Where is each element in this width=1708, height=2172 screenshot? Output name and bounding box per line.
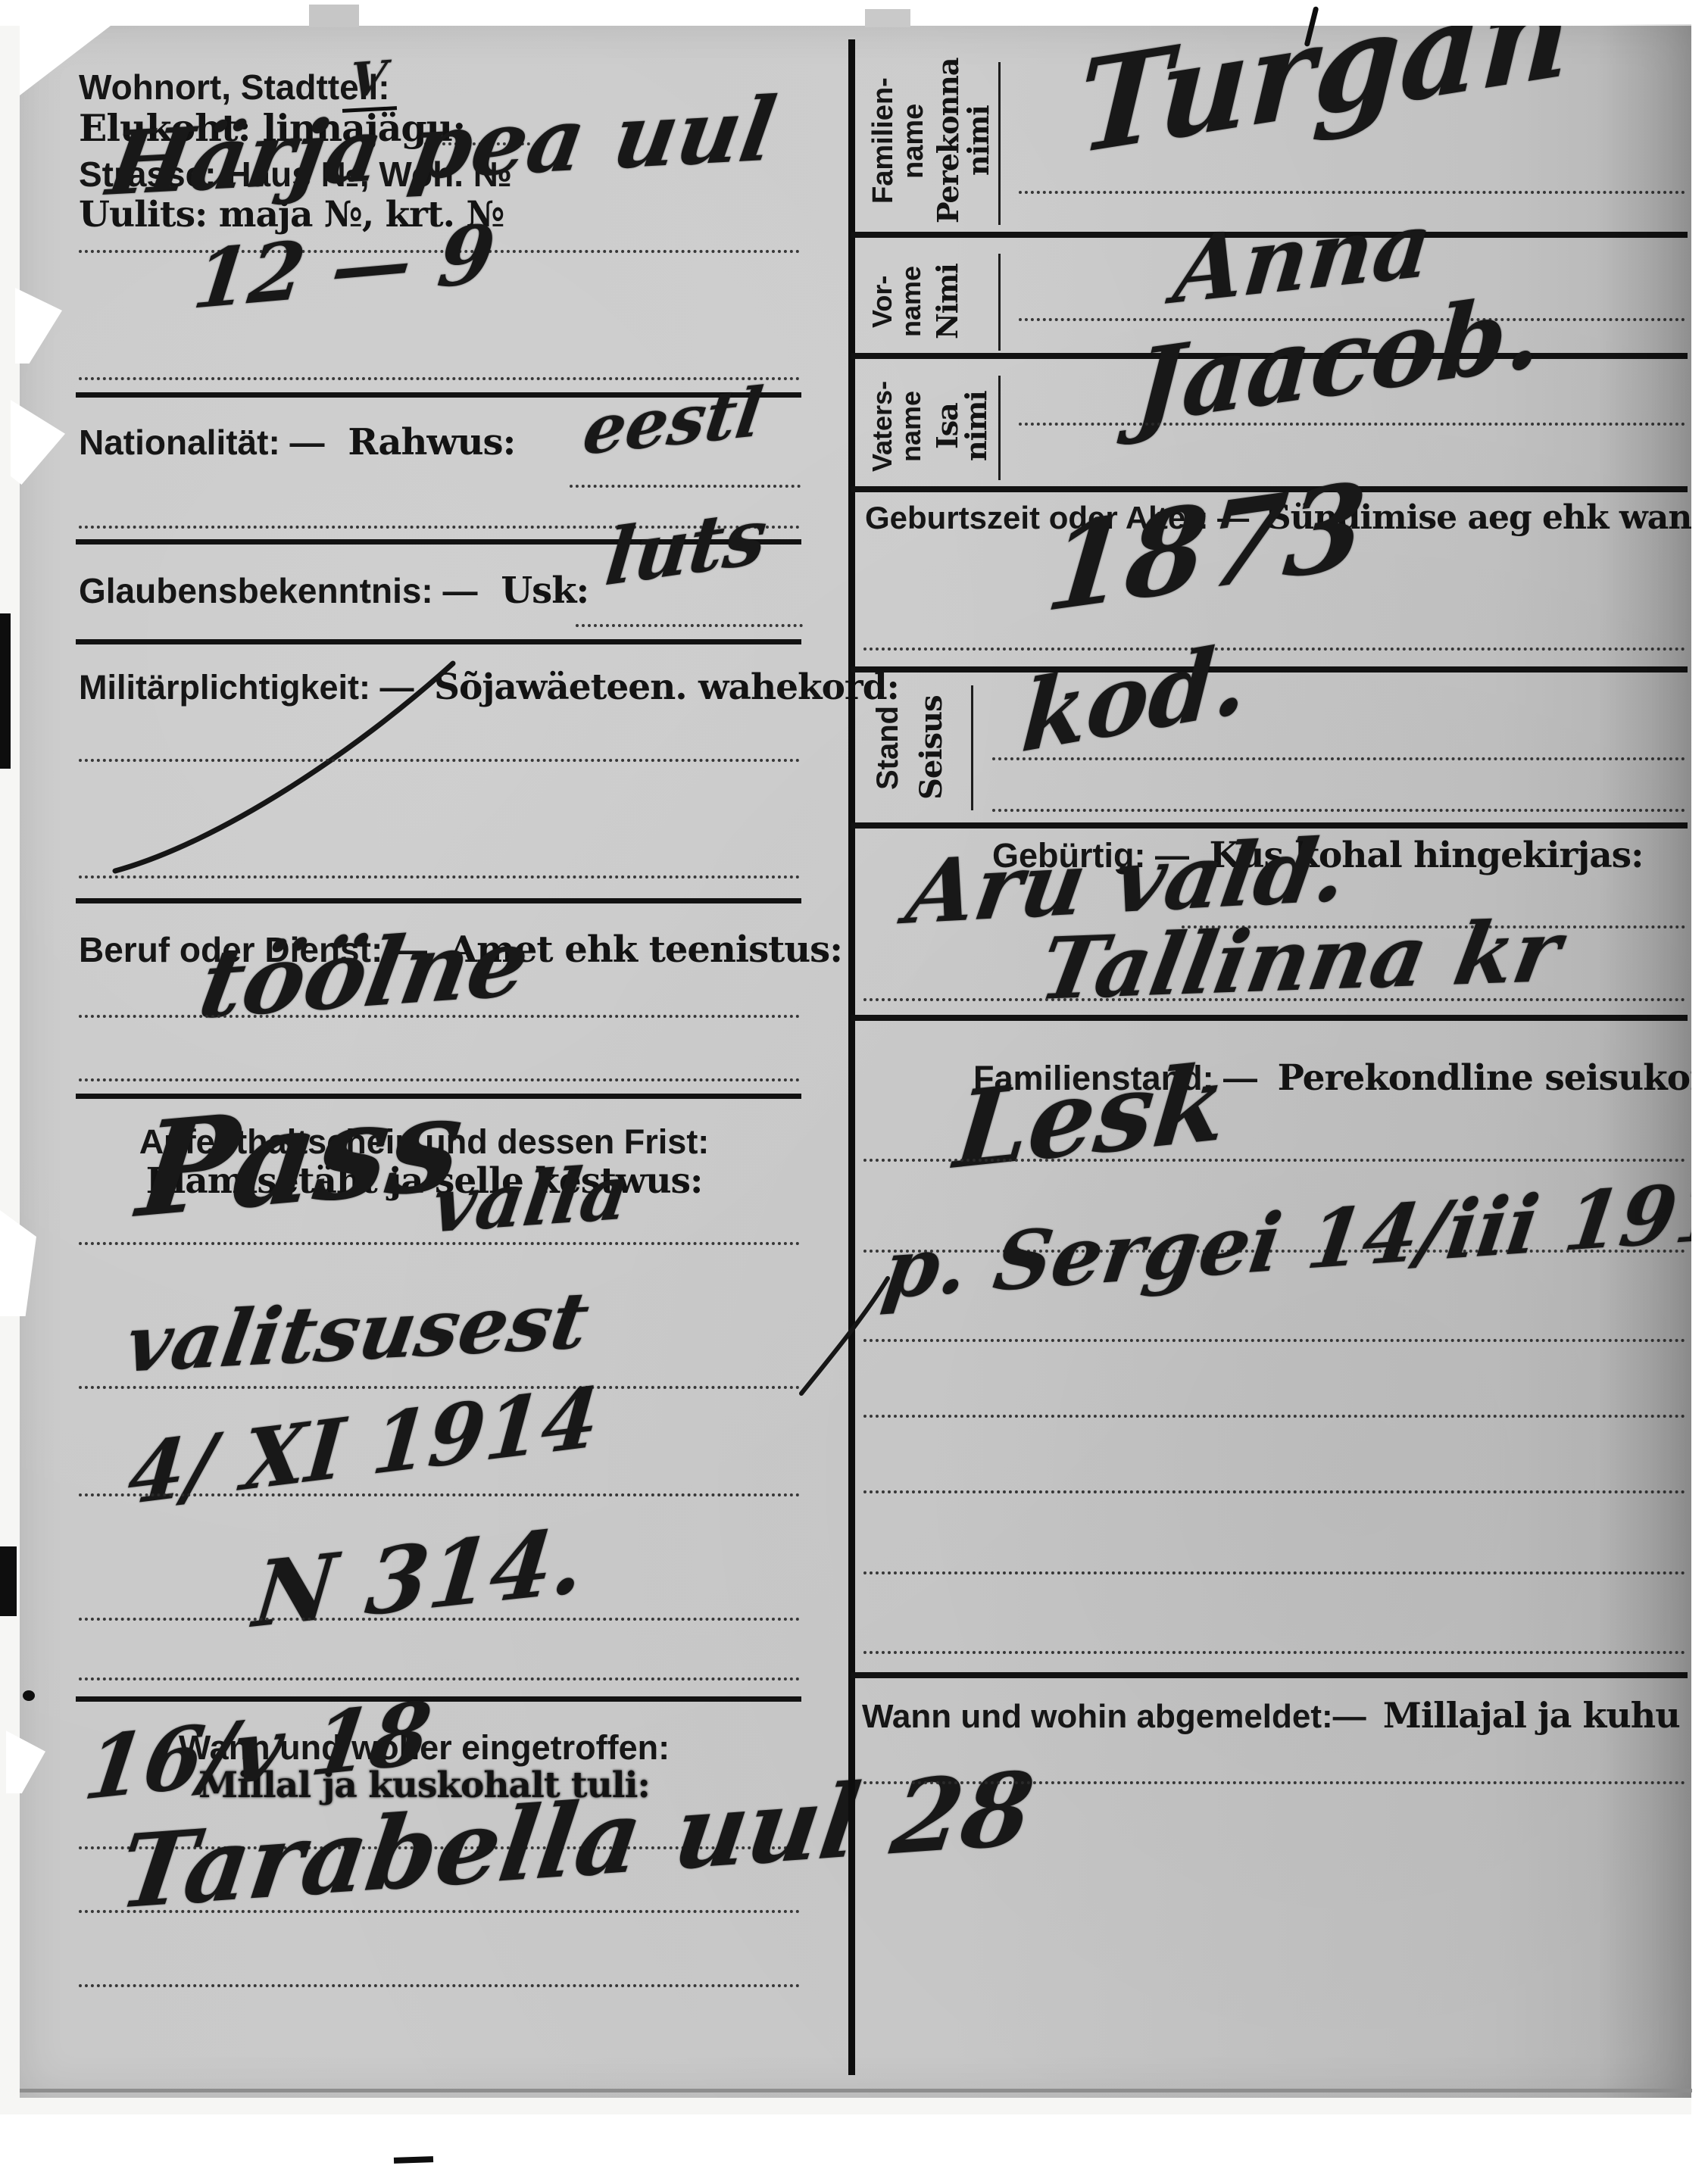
- label-rahwus-et: Rahwus:: [348, 421, 515, 463]
- scan-artifact-bar: [0, 613, 11, 769]
- registration-card-scan: Wohnort, Stadtteil: Elukoht: linnajägu: …: [0, 0, 1708, 2172]
- dotted-line: [992, 809, 1685, 812]
- label-glauben-de: Glaubensbekenntnis: —: [79, 571, 478, 610]
- dotted-line: [79, 759, 800, 762]
- dotted-line: [79, 1493, 800, 1496]
- hw-marital-status: Lesk: [951, 1049, 1232, 1184]
- dotted-line: [570, 485, 801, 488]
- hw-origin-county: Tallinna kr: [1034, 909, 1566, 1013]
- label-usk-et: Usk:: [501, 570, 589, 612]
- label-nationalitaet-de: Nationalität: —: [79, 423, 325, 462]
- vlabel-familienname-de: Familien-name: [868, 50, 929, 232]
- dotted-line: [863, 1781, 1685, 1784]
- section-rule: [76, 898, 801, 903]
- hw-district-number: V: [348, 55, 388, 105]
- label-religion: Glaubensbekenntnis: — Usk:: [79, 570, 589, 612]
- label-abgemeldet-de: Wann und wohin abgemeldet:—: [862, 1698, 1366, 1735]
- hw-valla: valla: [428, 1156, 634, 1244]
- hw-nationality: eestl: [579, 378, 767, 464]
- section-rule: [76, 1696, 801, 1702]
- paper-edge-shadow: [1598, 24, 1691, 2098]
- dotted-line: [79, 1015, 800, 1018]
- dotted-line: [863, 1415, 1685, 1418]
- dotted-line: [576, 624, 803, 627]
- paper-bottom-edge: [20, 2089, 1692, 2092]
- dotted-line: [79, 1984, 800, 1987]
- label-sojawaeteen-et: Sõjawäeteen. wahekord:: [434, 666, 899, 708]
- dotted-line: [1019, 191, 1685, 194]
- section-rule: [76, 639, 801, 644]
- dotted-line: [863, 1571, 1685, 1574]
- vlabel-vorname-de: Vor-name: [868, 248, 926, 354]
- dotted-line: [79, 1242, 800, 1245]
- dotted-line: [863, 998, 1685, 1001]
- ink-slash-mark: [106, 653, 462, 880]
- vlabel-isa-nimi-et: Isa nimi: [933, 370, 991, 483]
- dotted-line: [863, 1339, 1685, 1342]
- dotted-line: [1019, 423, 1685, 426]
- label-separator-rule: [998, 376, 1001, 480]
- dotted-line: [992, 757, 1685, 760]
- vlabel-vatersname-de: Vaters-name: [868, 370, 926, 483]
- dotted-line: [863, 1159, 1685, 1162]
- dotted-line: [79, 1618, 800, 1621]
- label-separator-rule: [971, 685, 973, 810]
- dotted-line: [79, 1677, 800, 1680]
- dotted-line: [79, 1910, 800, 1913]
- label-separator-rule: [998, 254, 1001, 351]
- section-rule: [851, 1015, 1688, 1021]
- label-separator-rule: [998, 62, 1001, 225]
- vlabel-seisus-et: Seisus: [916, 682, 947, 814]
- ink-flourish: [795, 1272, 894, 1401]
- dotted-line: [79, 875, 800, 878]
- hw-pass: Pass: [133, 1077, 469, 1236]
- hw-valitsusest: valitsusest: [121, 1281, 594, 1384]
- label-departure: Wann und wohin abgemeldet:— Millajal ja …: [862, 1695, 1708, 1736]
- section-rule: [851, 1672, 1688, 1678]
- hw-occupation: töölne: [193, 915, 536, 1031]
- scan-edge-right: [1691, 0, 1708, 2172]
- label-nationality: Nationalität: — Rahwus:: [79, 421, 515, 463]
- column-divider-rule: [848, 39, 855, 2075]
- section-rule: [851, 666, 1688, 673]
- vlabel-perekonna-nimi-et: Perekonna nimi: [933, 50, 994, 232]
- paper-torn-bump: [309, 5, 359, 27]
- paper-torn-bump: [865, 9, 910, 27]
- scan-artifact-dot: [23, 1690, 35, 1701]
- vlabel-stand-de: Stand: [873, 682, 903, 814]
- dotted-line: [863, 648, 1685, 651]
- scan-edge-bottom: [0, 2114, 1708, 2172]
- vlabel-nimi-et: Nimi: [933, 248, 962, 354]
- dotted-line: [863, 1490, 1685, 1493]
- scan-artifact-bar: [0, 1546, 17, 1616]
- dotted-line: [863, 1651, 1685, 1654]
- scan-edge-top: [0, 0, 1708, 26]
- hw-religion: luts: [602, 497, 770, 597]
